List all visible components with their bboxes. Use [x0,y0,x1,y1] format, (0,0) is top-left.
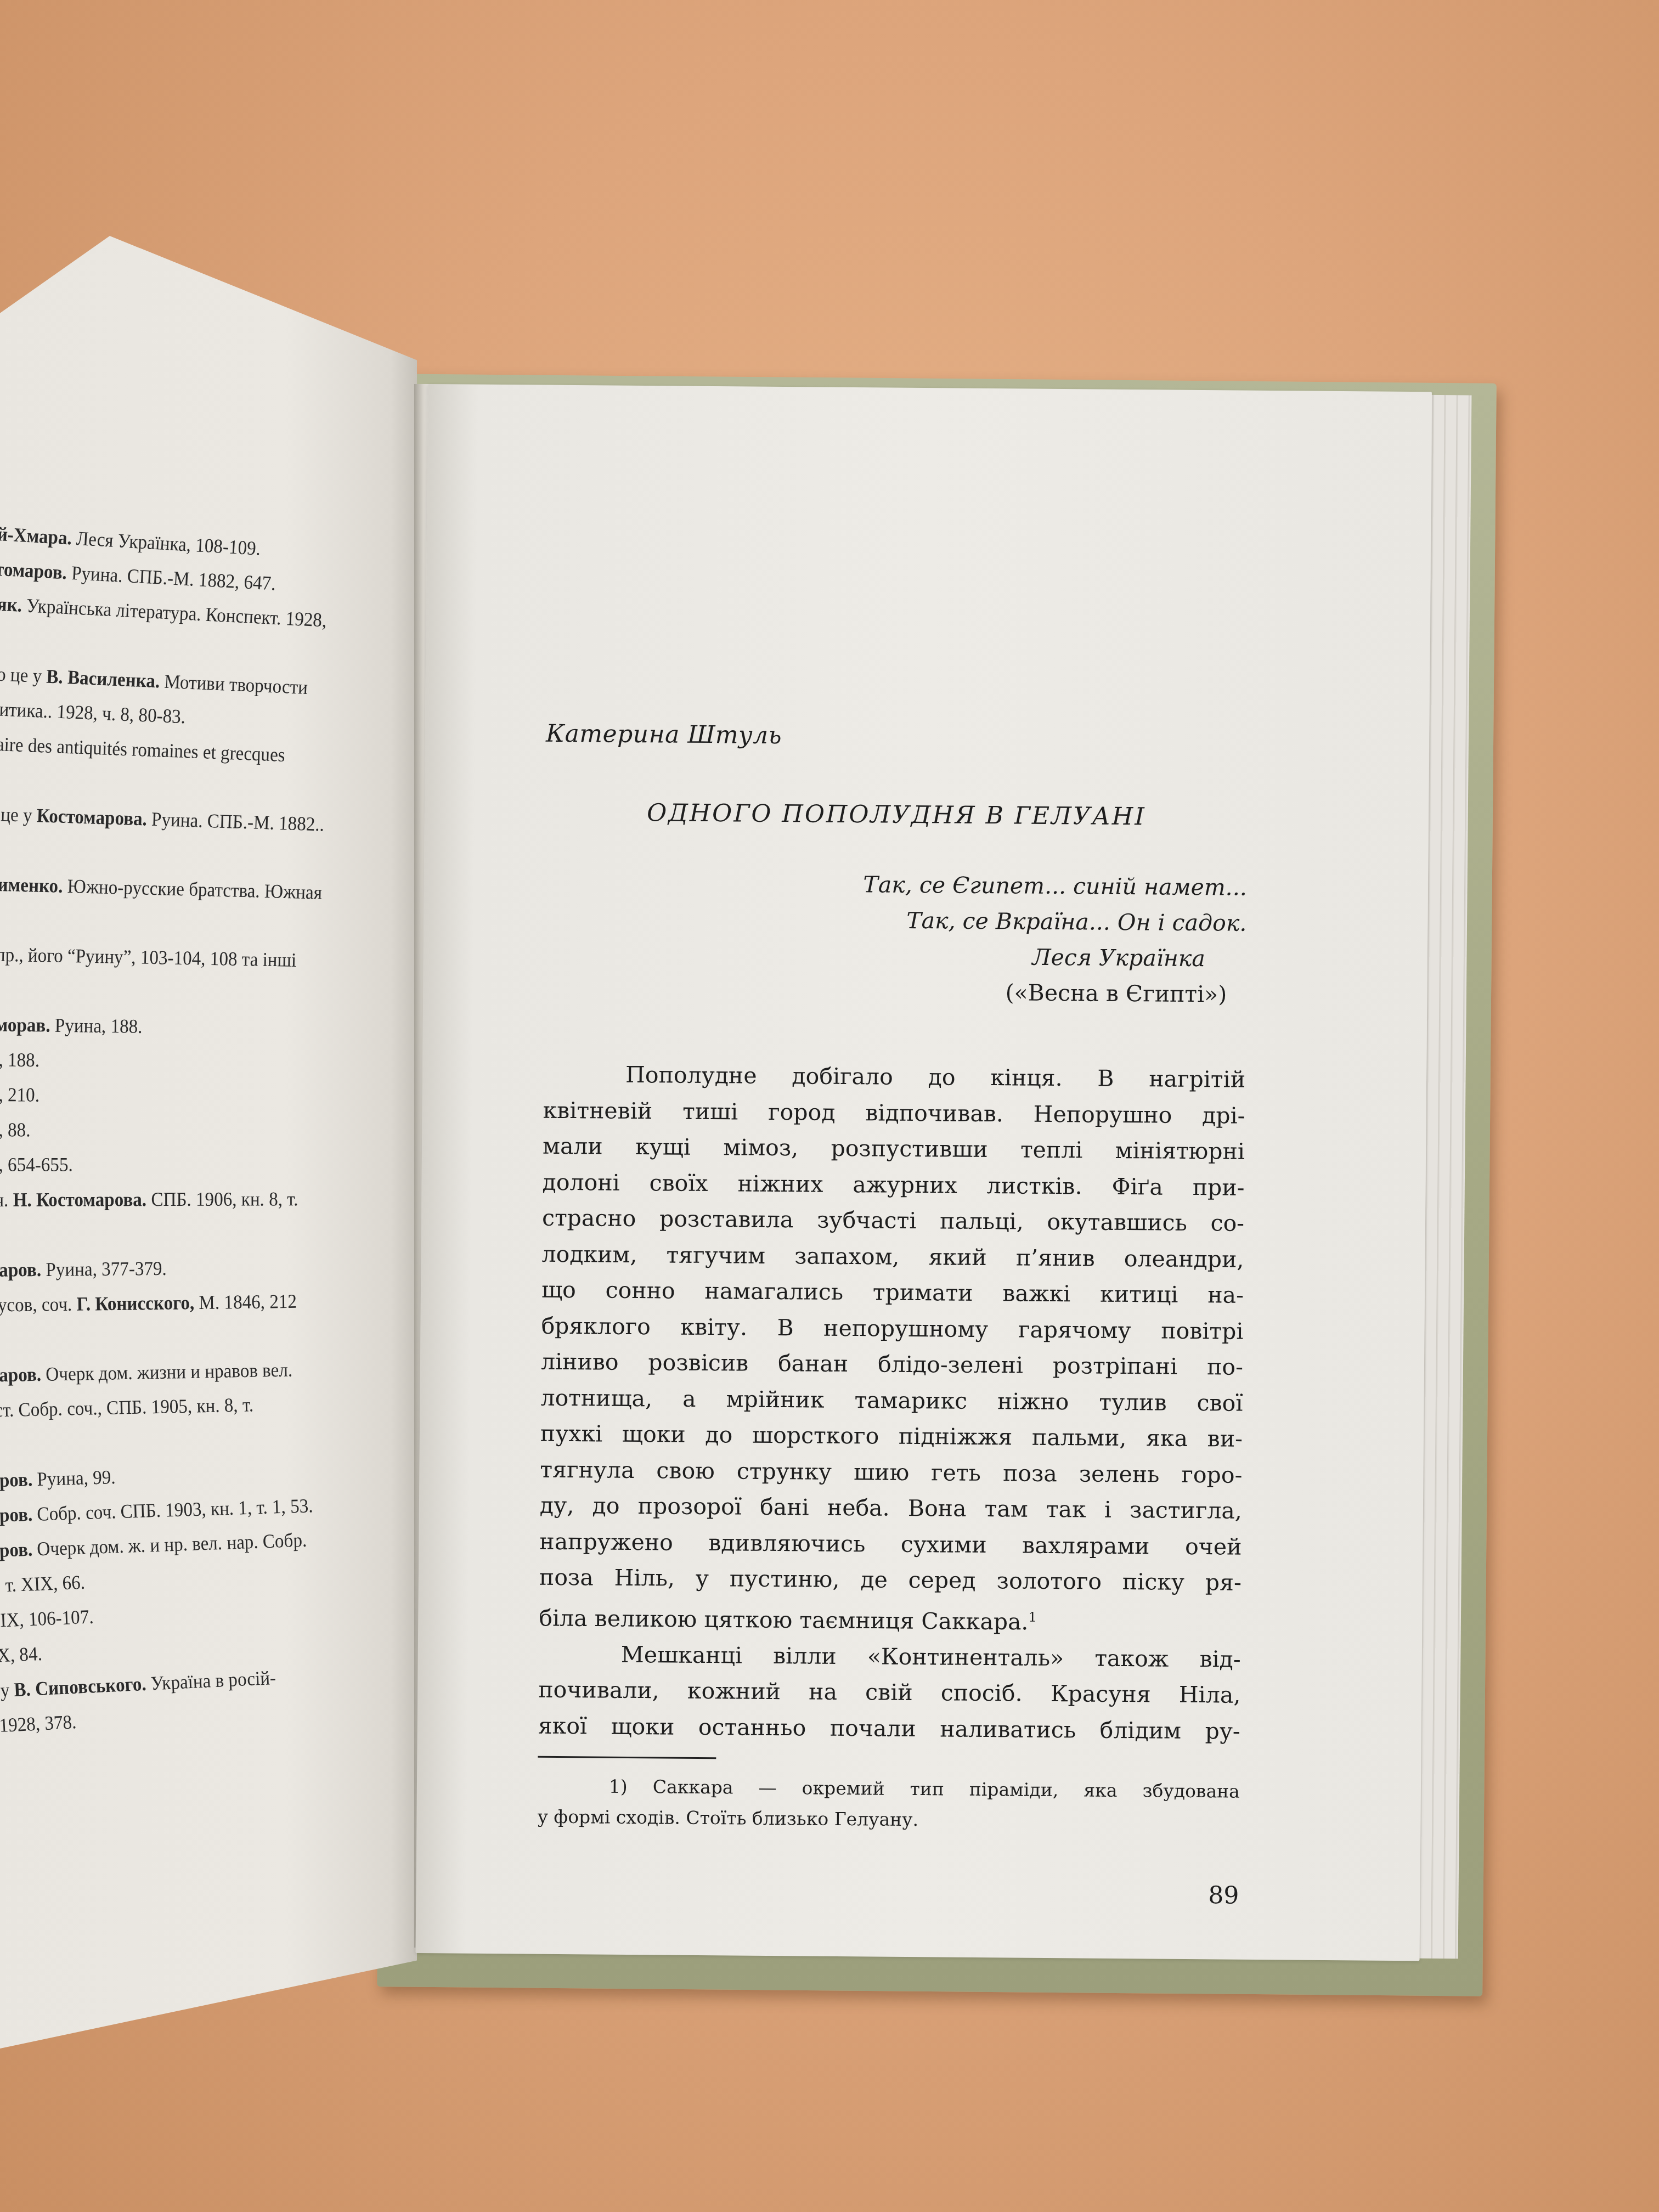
note-line: nnaire des antiquités romaines et grecqu… [0,732,285,766]
body-line: ду, до прозорої бані неба. Вона там так … [540,1488,1242,1530]
note-author: маров. [0,1468,33,1492]
note-text: II ст. Собр. соч., СПБ. 1905, кн. 8, т. [0,1393,254,1421]
epigraph-source: («Весна в Єгипті») [544,972,1227,1013]
note-line: маров. Собр. соч. СПБ. 1903, кн. 1, т. 1… [0,1494,313,1527]
note-author: маров. [0,1538,33,1562]
note-text: СПБ. 1906, кн. 8, т. [146,1188,298,1210]
author-name: Катерина Штуль [546,720,1248,753]
body-line: квітневій тиші город відпочивав. Непоруш… [543,1092,1245,1134]
note-text: Очерк дом. жизни и нравов вел. [41,1358,293,1385]
footnote-reference: 1 [1028,1609,1037,1624]
note-text: Руина, 99. [32,1466,116,1490]
note-author: онименко. [0,873,63,897]
body-line: що сонно намагались тримати важкі китиці… [541,1272,1244,1314]
left-page-notes: рай-Хмара. Леся Українка, 108-109.остома… [0,236,395,2090]
note-author: Костомарова. [36,804,147,830]
note-text: Леся Українка, 108-109. [71,527,261,560]
page-number: 89 [1208,1881,1239,1909]
body-line: Мешканці вілли «Континенталь» також від- [539,1636,1241,1678]
epigraph-line: Так, се Єгипет... синій намет... [545,865,1247,906]
note-text: мо, 188. [0,1048,39,1071]
note-line: це у В. Сиповського. Україна в росій- [0,1666,276,1703]
body-line: Пополудне добігало до кінця. В нагрітій [543,1057,1245,1098]
right-page: Катерина Штуль ОДНОГО ПОПОЛУДНЯ В ГЕЛУАН… [416,384,1432,1961]
body-line: поза Ніль, у пустиню, де серед золотого … [539,1560,1242,1601]
note-text: мо, 210. [0,1084,39,1106]
footnote: 1) Саккара — окремий тип піраміди, яка з… [537,1771,1240,1838]
body-line: напружено вдивляючись сухими вахлярами о… [539,1523,1242,1565]
note-line: ро це у Костомарова. Руина. СПБ.-М. 1882… [0,802,325,836]
body-line: лодким, тягучим запахом, який п’янив оле… [541,1236,1244,1278]
note-text: Україна в росій- [146,1667,276,1695]
note-line: соч. Н. Костомарова. СПБ. 1906, кн. 8, т… [0,1187,298,1211]
note-line: маров. Руина, 99. [0,1465,116,1492]
footnote-divider [538,1756,716,1759]
note-prefix: ı Русов, соч. [0,1293,77,1316]
body-line: пухкі щоки до шорсткого підніжжя пальми,… [540,1416,1243,1458]
note-line: . 8, т. XIX, 66. [0,1571,86,1598]
note-text: , XIX, 106-107. [0,1606,94,1632]
note-text: Руина. СПБ.-М. 1882.. [146,808,324,836]
note-author: оряк. [0,592,22,616]
note-author: маров. [0,1503,33,1527]
footnote-line: у формі сходів. Стоїть близько Гелуану. [537,1802,1239,1838]
note-author: остомаров. [0,557,67,583]
footnote-marker: 1) [609,1776,628,1797]
story-title: ОДНОГО ПОПОЛУДНЯ В ГЕЛУАНІ [545,798,1248,832]
note-text: Мотиви творчости [159,670,308,698]
note-author: омаров. [0,1259,41,1281]
epigraph: Так, се Єгипет... синій намет... Так, се… [544,865,1247,1013]
note-author: В. Сиповського. [14,1673,147,1701]
footnote-text: Саккара — окремий тип піраміди, яка збуд… [653,1776,1240,1802]
note-line: , XIX, 106-107. [0,1605,94,1633]
note-author: В. Василенка. [46,665,160,692]
note-prefix: ро це у [0,803,37,826]
body-line: почивали, кожний на свій спосіб. Красуня… [538,1672,1240,1714]
note-text: nnaire des antiquités romaines et grecqu… [0,732,285,766]
note-line: II ст. Собр. соч., СПБ. 1905, кн. 8, т. [0,1393,254,1422]
note-prefix: це у [0,1679,14,1702]
body-line: ліниво розвісив банан блідо-зелені розтр… [541,1344,1243,1386]
note-text: Руина, 188. [50,1014,142,1037]
note-line: мо, 210. [0,1083,39,1107]
note-author: омаров. [0,1363,41,1386]
note-line: К. 1928, 378. [0,1710,77,1738]
epigraph-author: Леся Українка [544,936,1205,977]
note-text: XIX, 84. [0,1643,43,1667]
body-line: тягнула свою струнку шию геть поза зелен… [540,1452,1242,1493]
note-text: К. 1928, 378. [0,1711,77,1737]
note-line: омаров. Руина, 377-379. [0,1257,167,1282]
note-line: остомаров. Руина. СПБ.-М. 1882, 647. [0,556,276,595]
note-text: Собр. соч. СПБ. 1903, кн. 1, т. 1, 53. [32,1494,313,1525]
left-page: рай-Хмара. Леся Українка, 108-109.остома… [0,236,417,2090]
footnote-line: 1) Саккара — окремий тип піраміди, яка з… [538,1771,1240,1807]
note-text: Южно-русские братства. Южная [63,875,322,904]
note-text: Руина, 377-379. [41,1257,167,1280]
note-text: мо, 654-655. [0,1154,73,1176]
note-line: оряк. Українська література. Конспект. 1… [0,591,327,632]
note-line: напр., його “Руину”, 103-104, 108 та інш… [0,943,297,972]
body-line: долоні своїх ніжних ажурних листків. Фіґ… [542,1164,1244,1206]
note-prefix: про це у [0,662,47,687]
note-author: рай-Хмара. [0,522,72,549]
note-line: онименко. Южно-русские братства. Южная [0,872,322,904]
epigraph-line: Так, се Вкраїна... Он і садок. [544,900,1246,941]
note-text: мо, 88. [0,1119,31,1141]
note-author: томорав. [0,1013,50,1036]
note-text: . 8, т. XIX, 66. [0,1571,86,1597]
body-line: мали кущі мімоз, розпустивши теплі мінія… [543,1128,1245,1170]
note-line: маров. Очерк дом. ж. и нр. вел. нар. Соб… [0,1528,307,1562]
note-text: М. 1846, 212 [194,1290,297,1313]
note-prefix: соч. [0,1189,13,1211]
body-line: якої щоки останньо почали наливатись блі… [538,1708,1240,1750]
note-text: Критика.. 1928, ч. 8, 80-83. [0,697,186,727]
note-text: Українська література. Конспект. 1928, [21,594,327,631]
note-line: про це у В. Василенка. Мотиви творчости [0,662,308,699]
note-line: омаров. Очерк дом. жизни и нравов вел. [0,1358,292,1387]
note-text: напр., його “Руину”, 103-104, 108 та інш… [0,943,297,971]
story-body: Пополудне добігало до кінця. В нагрітійк… [538,1057,1246,1750]
note-line: Критика.. 1928, ч. 8, 80-83. [0,697,186,728]
note-line: мо, 188. [0,1048,39,1071]
note-line: томорав. Руина, 188. [0,1013,143,1038]
note-line: мо, 654-655. [0,1153,73,1176]
note-text: Очерк дом. ж. и нр. вел. нар. Собр. [32,1529,307,1560]
note-line: XIX, 84. [0,1642,43,1668]
right-page-content: Катерина Штуль ОДНОГО ПОПОЛУДНЯ В ГЕЛУАН… [537,720,1248,1920]
note-line: рай-Хмара. Леся Українка, 108-109. [0,521,261,560]
body-line: біла великою цяткою таємниця Саккара.1 [539,1595,1242,1641]
note-line: ı Русов, соч. Г. Конисского, М. 1846, 21… [0,1290,297,1317]
body-line: страсно розставила зубчасті пальці, окут… [542,1200,1244,1242]
note-text: Руина. СПБ.-М. 1882, 647. [66,562,276,595]
note-line: мо, 88. [0,1118,31,1141]
note-author: Н. Костомарова. [13,1188,147,1211]
note-author: Г. Конисского, [76,1291,194,1315]
body-line: бряклого квіту. В непорушному гарячому п… [541,1308,1243,1350]
body-line: лотнища, а мрійник тамарикс ніжно тулив … [540,1380,1243,1421]
